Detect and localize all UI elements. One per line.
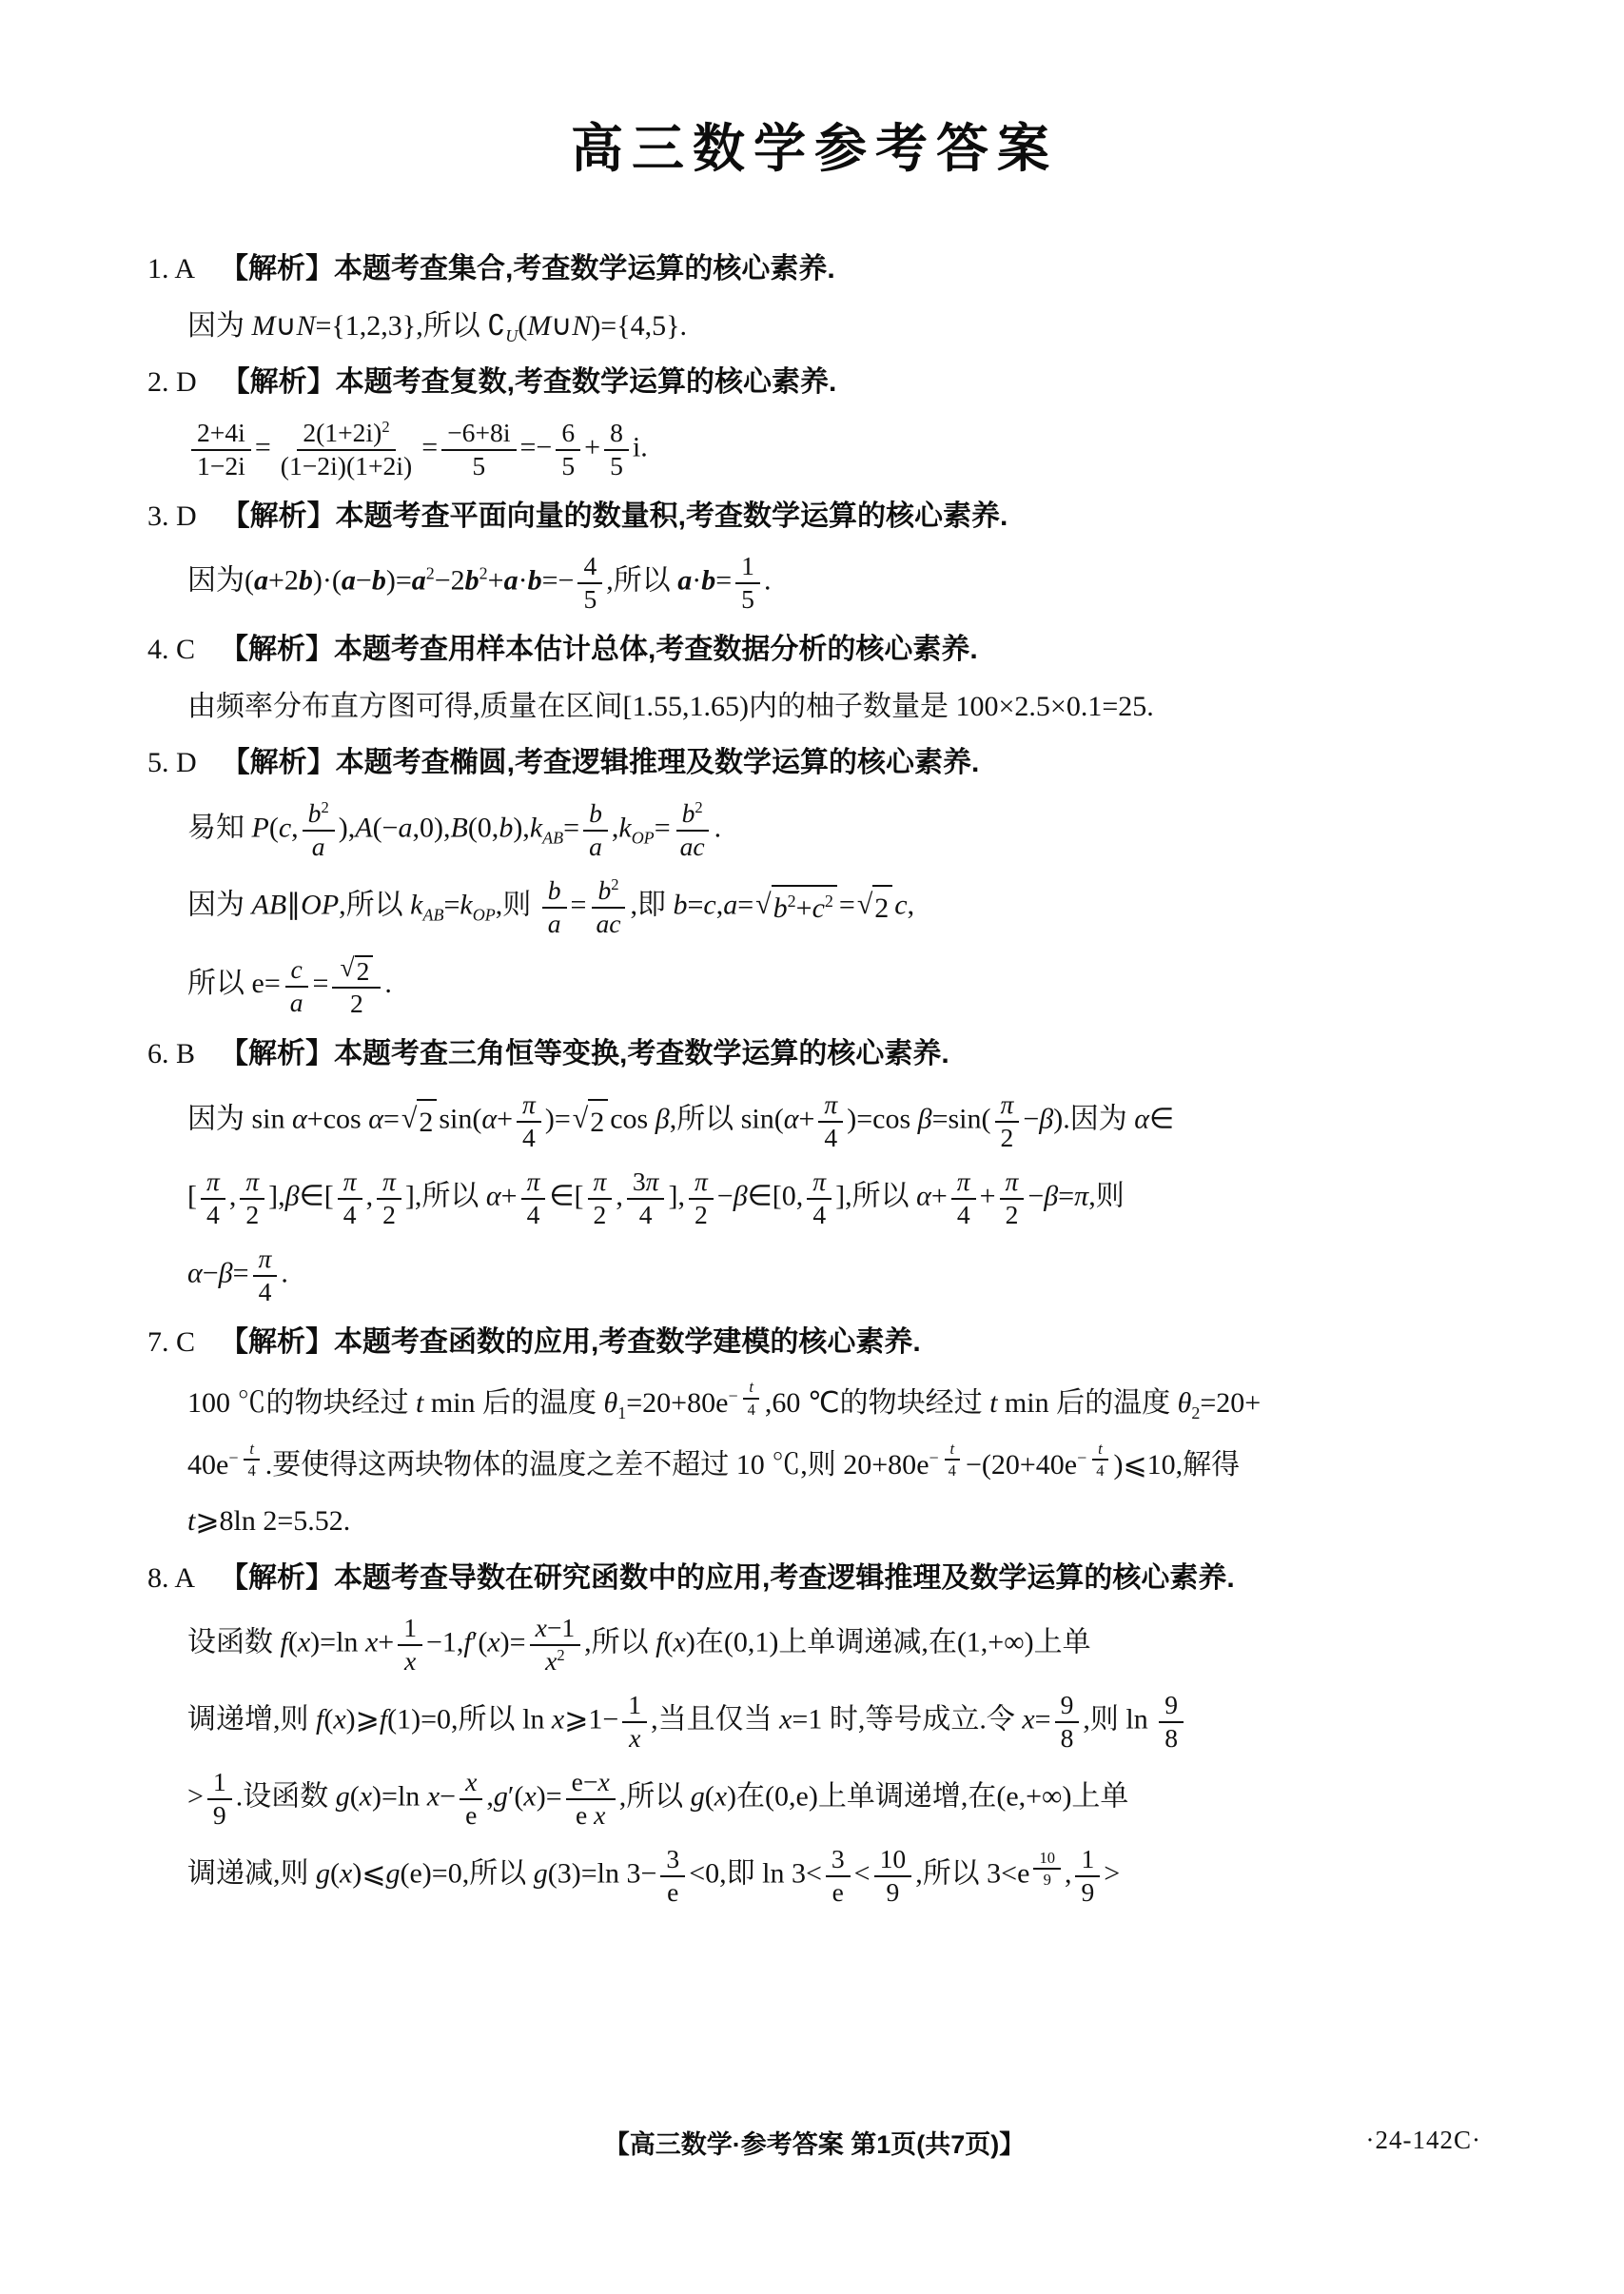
fraction-numerator: 1 <box>207 1768 232 1800</box>
math-variable: β <box>734 1180 748 1211</box>
solution-line: 因为 AB∥OP,所以 kAB=kOP,则 ba=b2ac,即 b=c,a=√b… <box>187 876 1481 938</box>
answer-item: 4. C【解析】本题考查用样本估计总体,考查数据分析的核心素养. 由频率分布直方… <box>147 629 1481 727</box>
vector: a <box>254 564 268 596</box>
math-variable: x <box>629 1723 640 1753</box>
item-analysis-summary: 【解析】本题考查三角恒等变换,考查数学运算的核心素养. <box>220 1038 949 1069</box>
math-variable: θ <box>1178 1387 1192 1419</box>
math-variable: x <box>523 1781 536 1813</box>
fraction-denominator: a <box>542 909 567 938</box>
math-variable: α <box>1134 1103 1149 1134</box>
square-root: √2 <box>573 1099 608 1144</box>
math-variable: AB <box>422 905 443 924</box>
fraction-denominator: 4 <box>521 1200 546 1229</box>
fraction-numerator: b <box>583 799 608 832</box>
math-variable: k <box>530 812 542 843</box>
math-variable: π <box>824 1089 837 1119</box>
fraction-numerator: −6+8i <box>441 419 516 451</box>
item-number-and-answer: 7. C <box>147 1322 195 1363</box>
answer-item: 1. A【解析】本题考查集合,考查数学运算的核心素养. 因为 M∪N={1,2,… <box>147 248 1481 346</box>
math-variable: b <box>499 812 513 843</box>
answer-item: 6. B【解析】本题考查三角恒等变换,考查数学运算的核心素养. 因为 sin α… <box>147 1033 1481 1305</box>
solution-line: 40e−t4.要使得这两块物体的温度之差不超过 10 ℃,则 20+80e−t4… <box>187 1440 1481 1486</box>
fraction-numerator: t <box>743 1378 759 1399</box>
fraction: t4 <box>1090 1440 1109 1480</box>
item-number-and-answer: 8. A <box>147 1558 195 1599</box>
math-variable: t <box>989 1387 997 1419</box>
fraction-numerator: 4 <box>577 552 602 584</box>
math-variable: θ <box>604 1387 618 1419</box>
math-variable: x <box>487 1627 499 1658</box>
vector: a <box>677 564 692 596</box>
fraction-numerator: 10 <box>1033 1849 1061 1870</box>
math-variable: b <box>548 875 561 905</box>
math-variable: a <box>589 832 602 861</box>
fraction: π4 <box>951 1167 976 1229</box>
math-variable: x <box>545 1646 557 1676</box>
math-variable: b <box>597 875 611 905</box>
math-variable: a <box>254 564 268 596</box>
answer-item-header: 4. C【解析】本题考查用样本估计总体,考查数据分析的核心素养. <box>147 629 1481 671</box>
footer-paper-code: ·24-142C· <box>1366 2126 1481 2155</box>
math-variable: π <box>812 1167 826 1196</box>
fraction-numerator: 1 <box>1075 1845 1100 1877</box>
math-variable: ac <box>680 832 705 861</box>
superscript: 2 <box>479 563 488 582</box>
math-variable: α <box>481 1103 497 1134</box>
fraction-numerator: b2 <box>676 799 709 832</box>
fraction-denominator: 2 <box>588 1200 613 1229</box>
fraction-denominator: 2 <box>377 1200 401 1229</box>
solution-line: 因为(a+2b)·(a−b)=a2−2b2+a·b=−45,所以 a·b=15. <box>187 552 1481 614</box>
math-variable: f <box>316 1704 323 1735</box>
fraction-denominator: 2 <box>1000 1200 1025 1229</box>
square-root: √2 <box>340 955 373 986</box>
vector: a <box>412 564 426 596</box>
subscript: 1 <box>617 1403 626 1422</box>
math-variable: a <box>290 988 303 1017</box>
fraction-denominator: 4 <box>807 1200 832 1229</box>
math-variable: x <box>597 1767 609 1796</box>
math-variable: x <box>298 1627 310 1658</box>
fraction-numerator: 1 <box>735 552 760 584</box>
fraction: π2 <box>240 1167 264 1229</box>
math-variable: b <box>674 889 688 920</box>
subscript: U <box>505 326 518 345</box>
fraction-numerator: π <box>253 1245 278 1277</box>
subscript: OP <box>632 828 655 847</box>
math-variable: π <box>1074 1180 1088 1211</box>
fraction: π2 <box>377 1167 401 1229</box>
fraction-numerator: 8 <box>604 419 629 451</box>
math-variable: π <box>259 1244 272 1273</box>
item-solution-lines: 易知 P(c,b2a),A(−a,0),B(0,b),kAB=ba,kOP=b2… <box>187 799 1481 1019</box>
math-variable: g <box>691 1781 705 1813</box>
solution-line: α−β=π4. <box>187 1245 1481 1306</box>
solution-line: 易知 P(c,b2a),A(−a,0),B(0,b),kAB=ba,kOP=b2… <box>187 799 1481 861</box>
fraction-numerator: π <box>240 1167 264 1200</box>
math-variable: π <box>343 1167 357 1196</box>
fraction-denominator: 4 <box>338 1200 362 1229</box>
fraction: π4 <box>521 1167 546 1229</box>
math-variable: b <box>589 798 602 828</box>
math-variable: c <box>279 812 291 843</box>
answer-item: 7. C【解析】本题考查函数的应用,考查数学建模的核心素养. 100 ℃的物块经… <box>147 1322 1481 1542</box>
math-variable: x <box>674 1627 686 1658</box>
math-variable: α <box>187 1257 203 1288</box>
fraction-numerator: π <box>377 1167 401 1200</box>
fraction-denominator: 2 <box>689 1200 714 1229</box>
fraction: 1x <box>398 1614 422 1676</box>
solution-line: 调递增,则 f(x)⩾f(1)=0,所以 ln x⩾1−1x,当且仅当 x=1 … <box>187 1691 1481 1753</box>
fraction: 15 <box>735 552 760 614</box>
superscript: 2 <box>557 1646 564 1664</box>
fraction: π4 <box>818 1090 843 1152</box>
answer-item-header: 6. B【解析】本题考查三角恒等变换,考查数学运算的核心素养. <box>147 1033 1481 1075</box>
item-analysis-summary: 【解析】本题考查椭圆,考查逻辑推理及数学运算的核心素养. <box>222 747 980 778</box>
radical-sign: √ <box>755 884 771 926</box>
math-variable: t <box>187 1505 195 1537</box>
fraction: π4 <box>253 1245 278 1306</box>
math-variable: b <box>682 798 695 828</box>
fraction-numerator: π <box>338 1167 362 1200</box>
math-variable: M <box>252 310 276 342</box>
fraction-numerator: π <box>995 1090 1020 1123</box>
footer-page-label: 【高三数学·参考答案 第1页(共7页)】 <box>604 2130 1026 2159</box>
math-variable: f <box>281 1627 288 1658</box>
fraction-numerator: t <box>244 1440 260 1461</box>
vector: b <box>701 564 715 596</box>
fraction-numerator: 2(1+2i)2 <box>297 419 395 451</box>
fraction-denominator: x <box>399 1646 421 1676</box>
superscript: −t4 <box>228 1448 264 1467</box>
math-variable: t <box>1098 1440 1103 1458</box>
item-solution-lines: 100 ℃的物块经过 t min 后的温度 θ1=20+80e−t4,60 ℃的… <box>187 1378 1481 1542</box>
fraction-denominator: 5 <box>556 451 580 480</box>
fraction: 1x <box>622 1691 647 1753</box>
superscript: 2 <box>426 563 435 582</box>
math-variable: x <box>779 1704 792 1735</box>
math-variable: a <box>342 564 356 596</box>
fraction-numerator: 6 <box>556 419 580 451</box>
math-variable: x <box>465 1767 477 1796</box>
superscript: −t4 <box>929 1448 966 1467</box>
item-solution-lines: 因为 M∪N={1,2,3},所以 ∁U(M∪N)={4,5}. <box>187 305 1481 347</box>
fraction: 2(1+2i)2(1−2i)(1+2i) <box>275 419 418 480</box>
fraction: xe <box>460 1768 482 1830</box>
item-solution-lines: 设函数 f(x)=ln x+1x−1,f′(x)=x−1x2,所以 f(x)在(… <box>187 1614 1481 1907</box>
math-variable: β <box>1044 1180 1058 1211</box>
answer-list: 1. A【解析】本题考查集合,考查数学运算的核心素养. 因为 M∪N={1,2,… <box>147 235 1481 1922</box>
fraction: 98 <box>1159 1691 1184 1753</box>
fraction: b2a <box>303 799 335 861</box>
solution-line: 100 ℃的物块经过 t min 后的温度 θ1=20+80e−t4,60 ℃的… <box>187 1378 1481 1424</box>
fraction-denominator: 8 <box>1159 1723 1184 1753</box>
fraction: √22 <box>332 953 381 1019</box>
square-root: √2 <box>857 885 892 930</box>
fraction-numerator: π <box>517 1090 541 1123</box>
item-number-and-answer: 1. A <box>147 248 195 290</box>
fraction-denominator: 2 <box>995 1123 1020 1152</box>
math-variable: α <box>368 1103 383 1134</box>
math-variable: π <box>522 1089 536 1119</box>
superscript: 2 <box>788 892 796 911</box>
fraction-numerator: π <box>1000 1167 1025 1200</box>
math-variable: π <box>527 1167 540 1196</box>
fraction: ca <box>284 955 309 1017</box>
fraction: b2ac <box>590 876 626 938</box>
fraction-denominator: 4 <box>253 1277 278 1306</box>
math-variable: g <box>336 1781 350 1813</box>
math-variable: b <box>773 892 788 924</box>
math-variable: ac <box>596 909 620 938</box>
radicand: 2 <box>417 1099 437 1144</box>
fraction-numerator: x−1 <box>530 1614 581 1646</box>
item-analysis-summary: 【解析】本题考查复数,考查数学运算的核心素养. <box>222 366 837 398</box>
math-variable: π <box>1001 1089 1014 1119</box>
fraction: 3e <box>660 1845 685 1907</box>
fraction-numerator: c <box>285 955 308 988</box>
answer-item-header: 1. A【解析】本题考查集合,考查数学运算的核心素养. <box>147 248 1481 290</box>
item-solution-lines: 由频率分布直方图可得,质量在区间[1.55,1.65)内的柚子数量是 100×2… <box>187 686 1481 728</box>
math-variable: a <box>548 909 561 938</box>
fraction-numerator: 9 <box>1159 1691 1184 1723</box>
fraction: t4 <box>242 1440 261 1480</box>
fraction-numerator: e−x <box>566 1768 616 1800</box>
fraction: 2+4i1−2i <box>191 419 251 480</box>
fraction-numerator: √2 <box>332 953 381 990</box>
answer-item: 3. D【解析】本题考查平面向量的数量积,考查数学运算的核心素养. 因为(a+2… <box>147 496 1481 614</box>
answer-item-header: 5. D【解析】本题考查椭圆,考查逻辑推理及数学运算的核心素养. <box>147 742 1481 784</box>
math-variable: β <box>918 1103 932 1134</box>
answer-item: 2. D【解析】本题考查复数,考查数学运算的核心素养. 2+4i1−2i=2(1… <box>147 362 1481 480</box>
superscript: 2 <box>382 418 389 436</box>
fraction-numerator: x <box>460 1768 482 1800</box>
solution-line: t⩾8ln 2=5.52. <box>187 1500 1481 1542</box>
fraction-numerator: π <box>689 1167 714 1200</box>
fraction-numerator: π <box>201 1167 225 1200</box>
math-variable: P <box>252 812 269 843</box>
fraction: 109 <box>1033 1849 1061 1889</box>
fraction: −6+8i5 <box>441 419 516 480</box>
math-variable: t <box>749 1378 753 1396</box>
math-variable: a <box>398 812 412 843</box>
fraction: π2 <box>1000 1167 1025 1229</box>
fraction-denominator: 9 <box>880 1877 905 1907</box>
math-variable: b <box>308 798 322 828</box>
fraction: 19 <box>1075 1845 1100 1907</box>
radicand: 2 <box>355 955 374 986</box>
fraction-numerator: π <box>807 1167 832 1200</box>
solution-line: 2+4i1−2i=2(1+2i)2(1−2i)(1+2i)=−6+8i5=−65… <box>187 419 1481 480</box>
fraction-denominator: 9 <box>1038 1870 1057 1888</box>
subscript: AB <box>422 905 443 924</box>
fraction-denominator: 4 <box>742 1400 761 1418</box>
math-variable: x <box>552 1704 564 1735</box>
solution-line: 设函数 f(x)=ln x+1x−1,f′(x)=x−1x2,所以 f(x)在(… <box>187 1614 1481 1676</box>
item-analysis-summary: 【解析】本题考查函数的应用,考查数学建模的核心素养. <box>220 1326 921 1358</box>
answer-item: 8. A【解析】本题考查导数在研究函数中的应用,考查逻辑推理及数学运算的核心素养… <box>147 1558 1481 1907</box>
fraction-denominator: 9 <box>1075 1877 1100 1907</box>
item-number-and-answer: 5. D <box>147 742 197 784</box>
math-variable: π <box>245 1167 259 1196</box>
fraction: ba <box>542 876 567 938</box>
solution-line: 调递减,则 g(x)⩽g(e)=0,所以 g(3)=ln 3−3e<0,即 ln… <box>187 1845 1481 1907</box>
fraction-denominator: 5 <box>577 584 602 614</box>
math-variable: b <box>372 564 386 596</box>
item-number-and-answer: 2. D <box>147 362 197 403</box>
answer-item-header: 8. A【解析】本题考查导数在研究函数中的应用,考查逻辑推理及数学运算的核心素养… <box>147 1558 1481 1599</box>
math-variable: t <box>249 1440 254 1458</box>
answer-item: 5. D【解析】本题考查椭圆,考查逻辑推理及数学运算的核心素养. 易知 P(c,… <box>147 742 1481 1018</box>
math-variable: a <box>504 564 519 596</box>
fraction-denominator: 5 <box>604 451 629 480</box>
item-solution-lines: 因为(a+2b)·(a−b)=a2−2b2+a·b=−45,所以 a·b=15. <box>187 552 1481 614</box>
math-variable: t <box>950 1440 955 1458</box>
fraction-denominator: e x <box>570 1800 611 1830</box>
math-variable: f <box>380 1704 387 1735</box>
fraction-denominator: e <box>460 1800 482 1830</box>
fraction: 85 <box>604 419 629 480</box>
page-title: 高三数学参考答案 <box>147 107 1481 182</box>
fraction: 65 <box>556 419 580 480</box>
fraction-denominator: 5 <box>466 451 491 480</box>
fraction: x−1x2 <box>530 1614 581 1676</box>
math-variable: α <box>486 1180 501 1211</box>
fraction-denominator: 4 <box>517 1123 541 1152</box>
math-variable: g <box>316 1858 330 1890</box>
vector: a <box>504 564 519 596</box>
solution-line: 因为 sin α+cos α=√2sin(α+π4)=√2cos β,所以 si… <box>187 1090 1481 1152</box>
vector: b <box>299 564 313 596</box>
fraction: 45 <box>577 552 602 614</box>
math-variable: t <box>416 1387 423 1419</box>
fraction-numerator: b2 <box>592 876 624 909</box>
fraction: π4 <box>201 1167 225 1229</box>
superscript: 2 <box>825 892 833 911</box>
fraction-denominator: a <box>306 832 331 861</box>
fraction-denominator: ac <box>590 909 626 938</box>
fraction-numerator: 3 <box>826 1845 851 1877</box>
math-variable: x <box>365 1627 378 1658</box>
math-variable: k <box>460 889 472 920</box>
item-solution-lines: 因为 sin α+cos α=√2sin(α+π4)=√2cos β,所以 si… <box>187 1090 1481 1306</box>
math-variable: β <box>285 1180 300 1211</box>
fraction-numerator: π <box>818 1090 843 1123</box>
superscript: 2 <box>611 875 618 893</box>
math-variable: AB <box>252 889 287 920</box>
math-variable: α <box>784 1103 799 1134</box>
math-variable: x <box>360 1781 372 1813</box>
superscript: 109 <box>1029 1857 1065 1876</box>
math-variable: b <box>701 564 715 596</box>
fraction: 98 <box>1055 1691 1080 1753</box>
radical-sign: √ <box>857 884 872 926</box>
fraction-numerator: π <box>521 1167 546 1200</box>
fraction: π2 <box>995 1090 1020 1152</box>
radical-sign: √ <box>340 954 354 982</box>
fraction: π4 <box>338 1167 362 1229</box>
fraction-numerator: b2 <box>303 799 335 832</box>
fraction-denominator: x2 <box>539 1646 571 1676</box>
math-variable: c <box>291 954 303 984</box>
fraction: 109 <box>874 1845 912 1907</box>
fraction-denominator: 4 <box>201 1200 225 1229</box>
fraction-numerator: 1 <box>622 1691 647 1723</box>
fraction-denominator: 1−2i <box>191 451 251 480</box>
radicand: 2 <box>872 885 892 930</box>
fraction-denominator: 4 <box>951 1200 976 1229</box>
superscript: −t4 <box>728 1386 764 1405</box>
fraction: ba <box>583 799 608 861</box>
math-variable: U <box>505 326 518 345</box>
fraction-denominator: a <box>284 988 309 1017</box>
page-footer: 【高三数学·参考答案 第1页(共7页)】 ·24-142C· <box>147 2124 1481 2294</box>
fraction: t4 <box>742 1378 761 1418</box>
math-variable: b <box>299 564 313 596</box>
document-page: 高三数学参考答案 1. A【解析】本题考查集合,考查数学运算的核心素养. 因为 … <box>0 0 1624 2294</box>
fraction-denominator: 4 <box>943 1461 962 1479</box>
math-variable: π <box>1006 1167 1019 1196</box>
fraction: 3π4 <box>627 1167 665 1229</box>
fraction-numerator: t <box>1092 1440 1108 1461</box>
math-variable: x <box>340 1858 352 1890</box>
fraction-numerator: 10 <box>874 1845 912 1877</box>
fraction-denominator: e <box>827 1877 850 1907</box>
fraction-numerator: π <box>588 1167 613 1200</box>
math-variable: x <box>333 1704 345 1735</box>
math-variable: g <box>494 1781 508 1813</box>
math-variable: N <box>296 310 315 342</box>
math-variable: OP <box>473 905 496 924</box>
math-variable: π <box>646 1167 659 1196</box>
math-variable: x <box>536 1613 547 1642</box>
subscript: 2 <box>1191 1403 1200 1422</box>
fraction-denominator: 4 <box>634 1200 658 1229</box>
math-variable: OP <box>632 828 655 847</box>
fraction-denominator: 2 <box>344 989 369 1018</box>
math-variable: AB <box>542 828 563 847</box>
radicand: 2 <box>588 1099 608 1144</box>
math-variable: M <box>527 310 551 342</box>
fraction-denominator: 2 <box>240 1200 264 1229</box>
math-variable: π <box>957 1167 970 1196</box>
fraction-numerator: 2+4i <box>191 419 251 451</box>
math-variable: a <box>677 564 692 596</box>
fraction-denominator: 4 <box>242 1461 261 1479</box>
vector: b <box>528 564 542 596</box>
superscript: 2 <box>321 798 328 816</box>
fraction-numerator: 3 <box>660 1845 685 1877</box>
square-root: √b2+c2 <box>755 885 837 930</box>
math-variable: b <box>528 564 542 596</box>
math-variable: a <box>723 889 737 920</box>
answer-item-header: 7. C【解析】本题考查函数的应用,考查数学建模的核心素养. <box>147 1322 1481 1363</box>
answer-item-header: 2. D【解析】本题考查复数,考查数学运算的核心素养. <box>147 362 1481 403</box>
fraction: π2 <box>689 1167 714 1229</box>
vector: b <box>372 564 386 596</box>
fraction: π4 <box>807 1167 832 1229</box>
fraction-numerator: 1 <box>398 1614 422 1646</box>
math-variable: π <box>382 1167 396 1196</box>
math-variable: x <box>714 1781 727 1813</box>
superscript: −t4 <box>1077 1448 1113 1467</box>
math-variable: N <box>572 310 591 342</box>
math-variable: π <box>594 1167 607 1196</box>
solution-line: >19.设函数 g(x)=ln x−xe,g′(x)=e−xe x,所以 g(x… <box>187 1768 1481 1830</box>
fraction: e−xe x <box>566 1768 616 1830</box>
math-variable: OP <box>301 889 339 920</box>
subscript: OP <box>473 905 496 924</box>
